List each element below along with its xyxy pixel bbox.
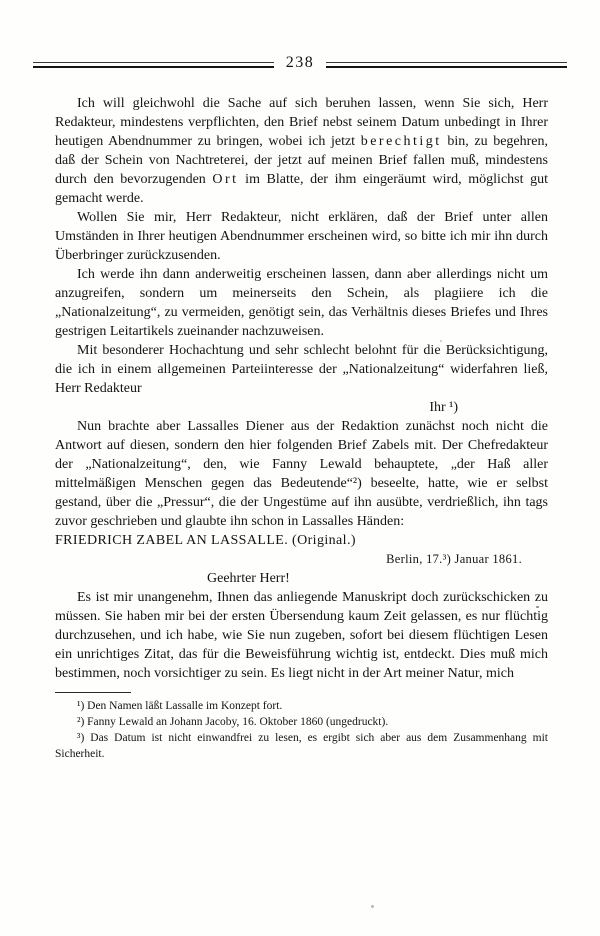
letter-paragraph-4: Mit besonderer Hochachtung und sehr schl… bbox=[55, 341, 548, 398]
emphasized-word: berechtigt bbox=[361, 134, 442, 149]
text-block: Ich will gleichwohl die Sache auf sich b… bbox=[55, 94, 548, 762]
book-page: 238 Ich will gleichwohl die Sache auf si… bbox=[0, 0, 600, 936]
narrative-paragraph: Nun brachte aber Lassalles Diener aus de… bbox=[55, 417, 548, 531]
letter-salutation: Geehrter Herr! bbox=[55, 569, 548, 588]
header-rule-left bbox=[33, 62, 274, 68]
footnote-2: ²) Fanny Lewald an Johann Jacoby, 16. Ok… bbox=[55, 714, 548, 730]
footnote-1: ¹) Den Namen läßt Lassalle im Konzept fo… bbox=[55, 698, 548, 714]
page-header: 238 bbox=[33, 57, 567, 73]
scan-artifact bbox=[440, 340, 442, 342]
page-number: 238 bbox=[286, 55, 315, 71]
letter-signature: Ihr ¹) bbox=[55, 398, 548, 417]
footnote-3: ³) Das Datum ist nicht einwandfrei zu le… bbox=[55, 730, 548, 762]
header-rule-right bbox=[326, 62, 567, 68]
letter-paragraph-3: Ich werde ihn dann anderweitig erscheine… bbox=[55, 265, 548, 341]
letter-dateline: Berlin, 17.³) Januar 1861. bbox=[55, 550, 548, 569]
letter-paragraph-1: Ich will gleichwohl die Sache auf sich b… bbox=[55, 94, 548, 208]
letter-body-paragraph: Es ist mir unangenehm, Ihnen das anliege… bbox=[55, 588, 548, 683]
footnote-separator-rule bbox=[55, 692, 131, 693]
footnotes-section: ¹) Den Namen läßt Lassalle im Konzept fo… bbox=[55, 692, 548, 762]
scan-artifact bbox=[536, 606, 539, 608]
emphasized-word: Ort bbox=[212, 172, 238, 187]
letter-paragraph-2: Wollen Sie mir, Herr Redakteur, nicht er… bbox=[55, 208, 548, 265]
letter-heading: FRIEDRICH ZABEL AN LASSALLE. (Original.) bbox=[55, 531, 548, 550]
scan-artifact bbox=[371, 905, 374, 908]
